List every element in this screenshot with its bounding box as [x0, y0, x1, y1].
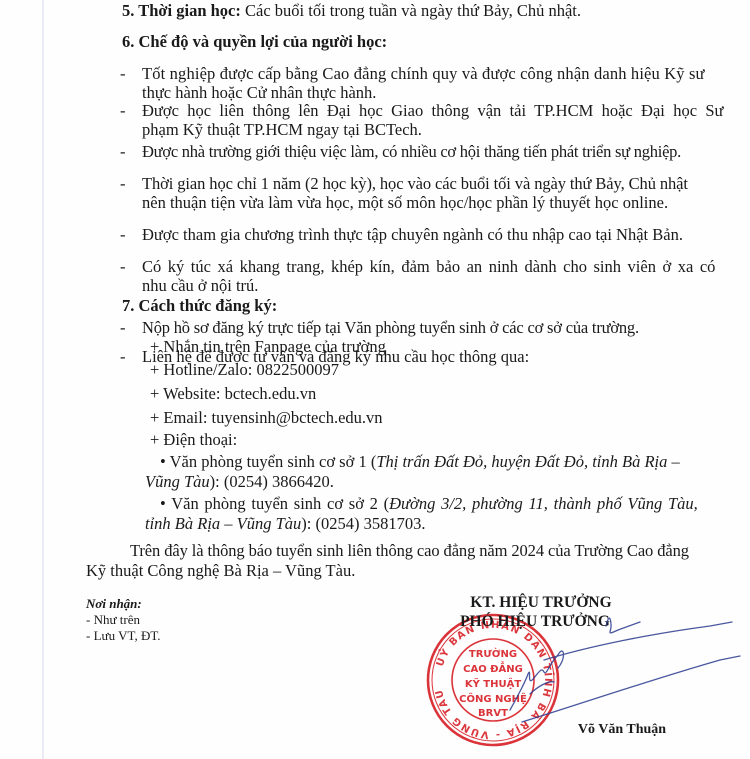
bullet-dash: - [120, 257, 126, 277]
handwritten-signature-icon [470, 610, 750, 730]
bullet-dash: - [120, 347, 126, 367]
section-5-heading: 5. Thời gian học: [122, 1, 241, 20]
benefit-6-line-1: Có ký túc xá khang trang, khép kín, đảm … [142, 257, 715, 277]
benefit-4-line-2: nên thuận tiện vừa làm vừa học, một số m… [142, 193, 668, 213]
scan-edge-line [42, 0, 44, 759]
contact-email: + Email: tuyensinh@bctech.edu.vn [150, 408, 383, 428]
office-1-address-cont: Vũng Tàu [145, 472, 210, 491]
section-5: 5. Thời gian học: Các buổi tối trong tuầ… [122, 1, 581, 21]
office-1-phone: ): (0254) 3866420. [210, 472, 334, 491]
document-page: 5. Thời gian học: Các buổi tối trong tuầ… [0, 0, 750, 759]
office-2-address: Đường 3/2, phường 11, thành phố Vũng Tàu… [389, 494, 698, 513]
contact-phone-label: + Điện thoại: [150, 430, 237, 450]
benefit-1-line-1: Tốt nghiệp được cấp bằng Cao đẳng chính … [142, 64, 705, 84]
section-7-heading: 7. Cách thức đăng ký: [122, 296, 277, 316]
office-2-line-1: • Văn phòng tuyển sinh cơ sở 2 (Đường 3/… [160, 494, 698, 514]
recipient-1: - Như trên [86, 612, 140, 628]
benefit-1-line-2: thực hành hoặc Cử nhân thực hành. [142, 83, 376, 103]
office-2-line-2: tỉnh Bà Rịa – Vũng Tàu): (0254) 3581703. [145, 514, 426, 534]
office-1-line-2: Vũng Tàu): (0254) 3866420. [145, 472, 334, 492]
bullet-dash: - [120, 225, 126, 245]
office-2-prefix: • Văn phòng tuyển sinh cơ sở 2 ( [160, 494, 389, 513]
closing-line-2: Kỹ thuật Công nghệ Bà Rịa – Vũng Tàu. [86, 561, 355, 581]
register-method-1: Nộp hồ sơ đăng ký trực tiếp tại Văn phòn… [142, 318, 639, 338]
benefit-4-line-1: Thời gian học chỉ 1 năm (2 học kỳ), học … [142, 174, 688, 194]
benefit-2-line-2: phạm Kỹ thuật TP.HCM ngay tại BCTech. [142, 120, 422, 140]
benefit-6-line-2: nhu cầu ở nội trú. [142, 276, 258, 296]
section-6-heading: 6. Chế độ và quyền lợi của người học: [122, 32, 387, 52]
recipient-2: - Lưu VT, ĐT. [86, 628, 161, 644]
office-1-prefix: • Văn phòng tuyển sinh cơ sở 1 ( [160, 452, 376, 471]
contact-hotline: + Hotline/Zalo: 0822500097 [150, 360, 339, 380]
bullet-dash: - [120, 101, 126, 121]
recipients-heading: Nơi nhận: [86, 596, 142, 612]
office-1-address: Thị trấn Đất Đỏ, huyện Đất Đỏ, tỉnh Bà R… [376, 452, 679, 471]
office-2-address-cont: tỉnh Bà Rịa – Vũng Tàu [145, 514, 301, 533]
benefit-5-line-1: Được tham gia chương trình thực tập chuy… [142, 225, 683, 245]
bullet-dash: - [120, 318, 126, 338]
bullet-dash: - [120, 64, 126, 84]
office-1-line-1: • Văn phòng tuyển sinh cơ sở 1 (Thị trấn… [160, 452, 680, 472]
bullet-dash: - [120, 174, 126, 194]
contact-fanpage: + Nhắn tin trên Fanpage của trường [150, 337, 386, 357]
bullet-dash: - [120, 142, 126, 162]
contact-website: + Website: bctech.edu.vn [150, 384, 316, 404]
signer-name: Võ Văn Thuận [572, 721, 672, 739]
office-2-phone: ): (0254) 3581703. [301, 514, 425, 533]
closing-line-1: Trên đây là thông báo tuyển sinh liên th… [130, 541, 689, 561]
benefit-2-line-1: Được học liên thông lên Đại học Giao thô… [142, 101, 723, 121]
benefit-3-line-1: Được nhà trường giới thiệu việc làm, có … [142, 142, 681, 162]
section-5-text: Các buổi tối trong tuần và ngày thứ Bảy,… [241, 1, 581, 20]
